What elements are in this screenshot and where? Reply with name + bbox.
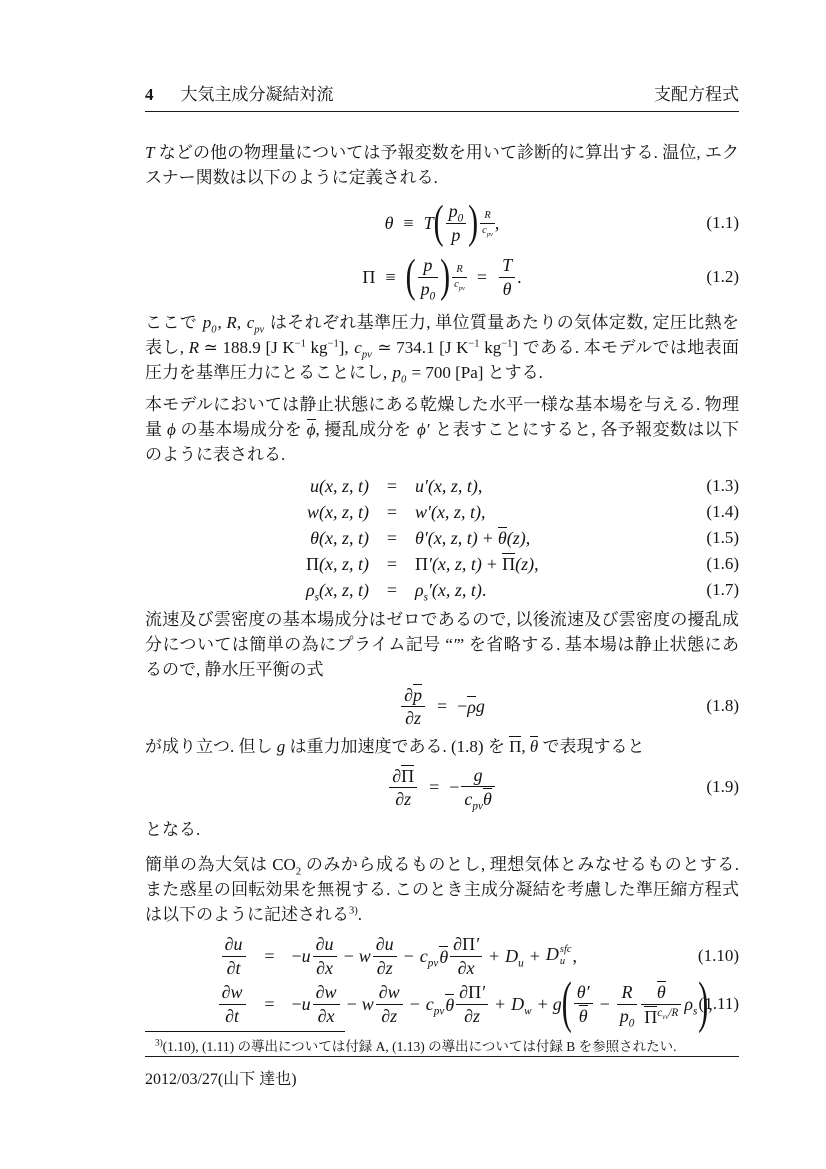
arguments: (x, z, t) (428, 528, 478, 548)
fraction: ∂p∂z (401, 684, 425, 728)
footnote-marker: 3) (155, 1038, 163, 1048)
equals-sign: = (369, 551, 415, 577)
denominator: ∂x (450, 956, 482, 978)
minus-sign: − (449, 777, 459, 798)
lhs: w(x, z, t) (219, 499, 369, 525)
math-var: θ (310, 528, 319, 548)
math-var: c (354, 338, 362, 357)
subscript: pv (487, 231, 493, 238)
equals-sign: = (248, 994, 292, 1015)
math-cpv: cpv (420, 946, 439, 967)
text-run: ], (339, 338, 354, 357)
math-var: p (421, 279, 430, 299)
equals-sign: = (437, 696, 447, 717)
numerator: R (452, 264, 467, 277)
plus-sign: + (495, 994, 505, 1015)
math-var: ρ (306, 580, 315, 600)
math-var: ρ (415, 580, 424, 600)
punctuation: , (478, 476, 483, 496)
fraction: ∂Π′∂x (450, 934, 482, 977)
math-var: ρ (467, 697, 476, 717)
text-run: の基本場成分を (176, 420, 307, 439)
header-right-title: 支配方程式 (654, 80, 739, 105)
numerator: ∂p (401, 684, 425, 706)
subscript: pv (428, 957, 439, 969)
math-var: w (307, 502, 319, 522)
arguments: (z) (515, 554, 534, 574)
plus-sign: + (489, 946, 499, 967)
rhs: Π′(x, z, t)+Π(z), (415, 551, 665, 577)
fraction: gcpvθ (461, 765, 494, 809)
prime-mark: ′ (475, 934, 479, 954)
arguments: (x, z, t) (431, 502, 481, 522)
arguments: (x, z, t) (319, 580, 369, 600)
left-paren: ( (434, 197, 444, 250)
overbar-var: θ (498, 527, 507, 548)
rhs: u′(x, z, t), (415, 473, 665, 499)
arguments: (z) (507, 528, 526, 548)
denominator: ∂t (222, 956, 246, 978)
equiv-sign: ≡ (385, 267, 395, 288)
overbar-var: θ (657, 981, 666, 1002)
plus-sign: + (530, 946, 540, 967)
math-var: D (511, 994, 524, 1014)
math-Du-sfc: Dsfcu (546, 944, 572, 968)
numerator: θ′ (574, 982, 593, 1003)
equiv-sign: ≡ (403, 213, 413, 234)
numerator: R (617, 982, 638, 1003)
superscript: −1 (501, 338, 512, 349)
lhs: u(x, z, t) (219, 473, 369, 499)
rhs: ρs′(x, z, t). (415, 577, 665, 603)
numerator: p0 (446, 201, 467, 222)
minus-sign: − (347, 994, 357, 1015)
partial-sign: ∂ (392, 766, 401, 786)
math-var: R (189, 338, 199, 357)
plus-sign: + (487, 554, 497, 574)
equals-sign: = (477, 267, 487, 288)
fraction: ∂Π′∂z (456, 982, 488, 1025)
superscript: −1 (468, 338, 479, 349)
math-var: Π (362, 267, 375, 288)
arguments: (x, z, t) (432, 554, 482, 574)
math-var: c (420, 946, 428, 966)
math-var: θ (439, 947, 448, 967)
fraction: θ′θ (574, 982, 593, 1026)
fraction: ∂w∂x (313, 982, 340, 1025)
denominator: ∂x (313, 1004, 340, 1026)
text-run: で表現すると (538, 737, 644, 756)
denominator: θ (499, 277, 515, 299)
overbar-var: θ (445, 994, 454, 1015)
lhs: θ(x, z, t) (219, 525, 369, 551)
arguments: (x, z, t) (432, 580, 482, 600)
equation-1-10: ∂u∂t = −u∂u∂x−w∂u∂z−cpvθ∂Π′∂x+Du+Dsfcu, … (145, 933, 739, 979)
numerator: ∂u (373, 934, 397, 955)
text-run: は重力加速度である. (1.8) を (285, 737, 509, 756)
partial-sign: ∂ (459, 982, 468, 1002)
overbar-var: θ (579, 1005, 588, 1026)
fraction: θΠcvv/R (641, 981, 681, 1026)
math-var: g (476, 696, 485, 717)
overbar-var: ϕ (307, 419, 316, 439)
punctuation: , (534, 554, 539, 574)
denominator: ∂x (313, 956, 337, 978)
numerator: ∂w (376, 982, 403, 1003)
superscript: −1 (295, 338, 306, 349)
equals-sign: = (429, 777, 439, 798)
paragraph-definitions-intro: T などの他の物理量については予報変数を用いて診断的に算出する. 温位, エクス… (145, 140, 739, 190)
exponent: cvv/R (657, 1007, 678, 1019)
denominator: ∂z (376, 1004, 403, 1026)
text-run: , 擾乱成分を (316, 420, 416, 439)
math-var: θ (577, 982, 586, 1002)
math-var: ϕ (167, 420, 176, 439)
equation-1-3: u(x, z, t)=u′(x, z, t), (1.3) (145, 473, 739, 499)
equation-1-1: θ ≡ T ( p0p ) Rcpv , (1.1) (145, 198, 739, 248)
header-left-title: 大気主成分凝結対流 (181, 80, 334, 105)
equation-1-4: w(x, z, t)=w′(x, z, t), (1.4) (145, 499, 739, 525)
text-run: , (521, 737, 530, 756)
math-p0: p0 (393, 363, 407, 382)
math-var: w (415, 502, 427, 522)
math-var: w (362, 994, 374, 1015)
minus-sign: − (292, 946, 302, 967)
numerator: p (418, 255, 439, 276)
fraction: ∂u∂t (222, 934, 246, 977)
prime-mark: ′ (586, 982, 590, 1002)
superscript: −1 (328, 338, 339, 349)
denominator: Πcvv/R (641, 1004, 681, 1027)
math-var: Π (462, 934, 475, 954)
math-var: c (426, 994, 434, 1014)
numerator: ∂w (219, 982, 246, 1003)
equation-number: (1.6) (706, 551, 739, 577)
overbar-var: Π (644, 1006, 657, 1027)
right-paren: ) (440, 251, 450, 304)
subscript: pv (472, 801, 483, 813)
equation-1-9: ∂Π∂z = − gcpvθ (1.9) (145, 761, 739, 813)
math-var: Π (509, 737, 521, 756)
subscript: pv (434, 1005, 445, 1017)
math-cpv: cpv (354, 338, 372, 357)
math-var: D (505, 946, 518, 966)
numerator: ∂u (222, 934, 246, 955)
punctuation: , (573, 946, 578, 967)
paragraph-constants: ここで p0, R, cpv はそれぞれ基準圧力, 単位質量あたりの気体定数, … (145, 310, 739, 385)
math-var: u (302, 994, 311, 1015)
math-var: ϕ (307, 420, 316, 439)
equals-sign: = (369, 577, 415, 603)
fraction: ∂u∂z (373, 934, 397, 977)
math-var: ρ (684, 994, 693, 1014)
paragraph-hydrostatic: が成り立つ. 但し g は重力加速度である. (1.8) を Π, θ で表現す… (145, 734, 739, 759)
fraction: ∂w∂t (219, 982, 246, 1025)
overbar-var: θ (483, 788, 492, 809)
stacked-subsup: sfcu (560, 944, 572, 968)
punctuation: , (481, 502, 486, 522)
numerator: g (461, 765, 494, 786)
left-paren: ( (406, 251, 416, 304)
footer-date-author: 2012/03/27(山下 達也) (145, 1071, 297, 1088)
arguments: (x, z, t) (319, 554, 369, 574)
left-paren: ( (562, 972, 572, 1037)
fraction: Tθ (499, 255, 515, 298)
equation-group-1-3-to-1-7: u(x, z, t)=u′(x, z, t), (1.3) w(x, z, t)… (145, 473, 739, 603)
punctuation: , (495, 213, 500, 234)
fraction: ∂Π∂z (389, 765, 417, 809)
subscript: w (524, 1005, 531, 1017)
denominator: cpv (452, 277, 467, 291)
subscript: u (518, 957, 524, 969)
equation-number: (1.1) (706, 213, 739, 233)
math-var: ϕ (417, 420, 426, 439)
subscript: pv (459, 285, 465, 292)
text-block: 4 大気主成分凝結対流 支配方程式 T などの他の物理量については予報変数を用い… (145, 80, 739, 1056)
fraction: p0p (446, 201, 467, 244)
equation-number: (1.9) (706, 777, 739, 797)
text-run: などの他の物理量については予報変数を用いて診断的に算出する. 温位, エクスナー… (145, 143, 739, 187)
footnote-marker: 3) (349, 905, 358, 916)
page-header: 4 大気主成分凝結対流 支配方程式 (145, 80, 739, 112)
math-var: θ (415, 528, 424, 548)
math-var: u (302, 946, 311, 967)
equation-1-2: Π ≡ ( pp0 ) Rcpv = Tθ . (1.2) (145, 252, 739, 302)
equation-1-11: ∂w∂t = −u∂w∂x−w∂w∂z−cpvθ∂Π′∂z+Dw+g(θ′θ−R… (145, 979, 739, 1029)
numerator: ∂Π′ (450, 934, 482, 955)
rhs: −u∂u∂x−w∂u∂z−cpvθ∂Π′∂x+Du+Dsfcu, (292, 934, 732, 977)
numerator: T (499, 255, 515, 276)
denominator: cpvθ (461, 786, 494, 809)
equals-sign: = (369, 473, 415, 499)
equation-number: (1.11) (699, 994, 739, 1014)
math-p0: p0 (203, 313, 217, 332)
text-run: ≃ 734.1 [J K (373, 338, 469, 357)
punctuation: . (482, 580, 487, 600)
math-var: Π (644, 1007, 657, 1027)
math-var: p (203, 313, 212, 332)
text-run: kg (306, 338, 328, 357)
partial-sign: ∂ (404, 685, 413, 705)
math-Du: Du (505, 946, 524, 967)
math-Dw: Dw (511, 994, 531, 1015)
punctuation: , (526, 528, 531, 548)
subscript: 0 (401, 374, 406, 385)
paragraph-tonaru: となる. (145, 817, 739, 842)
rhs: w′(x, z, t), (415, 499, 665, 525)
denominator: ∂z (401, 706, 425, 728)
math-var: p (413, 685, 422, 705)
text-run: 簡単の為大気は CO (145, 855, 296, 874)
math-var: Π (306, 554, 319, 574)
minus-sign: − (457, 696, 467, 717)
math-var: w (359, 946, 371, 967)
numerator: θ (641, 981, 681, 1003)
exponent-fraction: Rcpv (480, 210, 495, 236)
math-var: u (415, 476, 424, 496)
lhs: ∂u∂t (153, 934, 248, 977)
paragraph-co2-assumption: 簡単の為大気は CO2 のみから成るものとし, 理想気体とみなせるものとする. … (145, 852, 739, 927)
math-var: Π (502, 554, 515, 574)
math-var: u (310, 476, 319, 496)
lhs: ρs(x, z, t) (219, 577, 369, 603)
equation-1-6: Π(x, z, t)=Π′(x, z, t)+Π(z), (1.6) (145, 551, 739, 577)
partial-sign: ∂ (453, 934, 462, 954)
math-var: θ (498, 528, 507, 548)
text-run: , (237, 313, 246, 332)
equation-number: (1.2) (706, 267, 739, 287)
math-var: p (393, 363, 402, 382)
math-phi-prime: ϕ′ (417, 420, 430, 439)
text-run: . (358, 905, 362, 924)
equation-number: (1.10) (698, 946, 739, 966)
equation-number: (1.5) (706, 525, 739, 551)
denominator: ∂z (456, 1004, 488, 1026)
overbar-var: Π (502, 553, 515, 574)
footnote: 3)(1.10), (1.11) の導出については付録 A, (1.13) の導… (145, 1037, 739, 1056)
denominator: ∂z (389, 787, 417, 809)
fraction: Rp0 (617, 982, 638, 1025)
fraction: ∂w∂z (376, 982, 403, 1025)
denominator: ∂z (373, 956, 397, 978)
fraction: pp0 (418, 255, 439, 298)
right-paren: ) (468, 197, 478, 250)
math-var: g (277, 737, 286, 756)
subscript: 0 (211, 324, 216, 335)
overbar-var: ρ (467, 696, 476, 717)
rhs: −u∂w∂x−w∂w∂z−cpvθ∂Π′∂z+Dw+g(θ′θ−Rp0θΠcvv… (292, 981, 732, 1026)
math-cpv: cpv (247, 313, 265, 332)
exponent-fraction: Rcpv (452, 264, 467, 290)
lhs: ∂w∂t (153, 982, 248, 1025)
text-run: ≃ 188.9 [J K (199, 338, 295, 357)
math-var: θ (483, 789, 492, 809)
math-var: Π (415, 554, 428, 574)
subscript: u (560, 956, 565, 968)
equation-number: (1.8) (706, 696, 739, 716)
math-var: θ (385, 213, 394, 234)
denominator: θ (574, 1003, 593, 1026)
subscript: 0 (629, 1017, 635, 1029)
math-var: θ (530, 737, 538, 756)
arguments: (x, z, t) (319, 476, 369, 496)
text-run: となる. (145, 820, 200, 839)
minus-sign: − (600, 994, 610, 1015)
numerator: ∂Π (389, 765, 417, 787)
math-var: Π (468, 982, 481, 1002)
text-run: kg (480, 338, 502, 357)
overbar-var: Π (401, 765, 414, 786)
overbar-var: θ (530, 736, 538, 756)
superscript: sfc (560, 944, 572, 956)
footnote-rule (145, 1031, 345, 1032)
overbar-var: θ (439, 946, 448, 967)
equation-number: (1.7) (706, 577, 739, 603)
numerator: ∂Π′ (456, 982, 488, 1003)
math-var: Π (401, 766, 414, 786)
math-var: T (424, 213, 434, 234)
text-run: = 700 [Pa] とする. (407, 363, 543, 382)
overbar-var: Π (509, 736, 521, 756)
exponent-rest: /R (668, 1007, 678, 1019)
paragraph-prime-omission: 流速及び雲密度の基本場成分はゼロであるので, 以後流速及び雲密度の擾乱成分につい… (145, 607, 739, 682)
fraction: ∂u∂x (313, 934, 337, 977)
numerator: R (480, 210, 495, 223)
denominator: cpv (480, 223, 495, 237)
math-var: p (449, 201, 458, 221)
document-page: 4 大気主成分凝結対流 支配方程式 T などの他の物理量については予報変数を用い… (0, 0, 826, 1169)
equation-1-5: θ(x, z, t)=θ′(x, z, t)+θ(z), (1.5) (145, 525, 739, 551)
arguments: (x, z, t) (319, 528, 369, 548)
equals-sign: = (369, 499, 415, 525)
punctuation: . (517, 267, 522, 288)
prime-mark: ′ (481, 982, 485, 1002)
denominator: p0 (617, 1004, 638, 1026)
arguments: (x, z, t) (428, 476, 478, 496)
math-var: θ (579, 1006, 588, 1026)
denominator: p0 (418, 277, 439, 299)
math-var: R (226, 313, 236, 332)
arguments: (x, z, t) (319, 502, 369, 522)
plus-sign: + (538, 994, 548, 1015)
numerator: ∂w (313, 982, 340, 1003)
subscript: 0 (430, 290, 436, 302)
numerator: ∂u (313, 934, 337, 955)
plus-sign: + (483, 528, 493, 548)
minus-sign: − (292, 994, 302, 1015)
rhs: θ′(x, z, t)+θ(z), (415, 525, 665, 551)
page-number: 4 (145, 85, 154, 105)
minus-sign: − (344, 946, 354, 967)
denominator: ∂t (219, 1004, 246, 1026)
denominator: p (446, 223, 467, 245)
equation-1-7: ρs(x, z, t)=ρs′(x, z, t). (1.7) (145, 577, 739, 603)
subscript: s (693, 1005, 697, 1017)
math-var: p (620, 1006, 629, 1026)
paragraph-basic-state: 本モデルにおいては静止状態にある乾燥した水平一様な基本場を与える. 物理量 ϕ … (145, 392, 739, 467)
math-var: g (553, 994, 562, 1015)
math-rho-s: ρs (684, 994, 697, 1015)
math-cpv: cpv (426, 994, 445, 1015)
text-run: ここで (145, 313, 202, 332)
footnote-text: (1.10), (1.11) の導出については付録 A, (1.13) の導出に… (163, 1039, 677, 1054)
overbar-var: p (413, 684, 422, 705)
equals-sign: = (248, 946, 292, 967)
equation-1-8: ∂p∂z = − ρ g (1.8) (145, 684, 739, 728)
math-var: D (546, 944, 559, 964)
equals-sign: = (369, 525, 415, 551)
text-run: が成り立つ. 但し (145, 737, 277, 756)
subscript: pv (362, 349, 372, 360)
subscript: pv (254, 324, 264, 335)
minus-sign: − (404, 946, 414, 967)
math-var: θ (445, 995, 454, 1015)
equation-number: (1.3) (706, 473, 739, 499)
page-footer: 2012/03/27(山下 達也) (145, 1056, 739, 1089)
math-var: θ (657, 982, 666, 1002)
lhs: Π(x, z, t) (219, 551, 369, 577)
equation-number: (1.4) (706, 499, 739, 525)
minus-sign: − (410, 994, 420, 1015)
prime-mark: ′ (426, 420, 430, 439)
